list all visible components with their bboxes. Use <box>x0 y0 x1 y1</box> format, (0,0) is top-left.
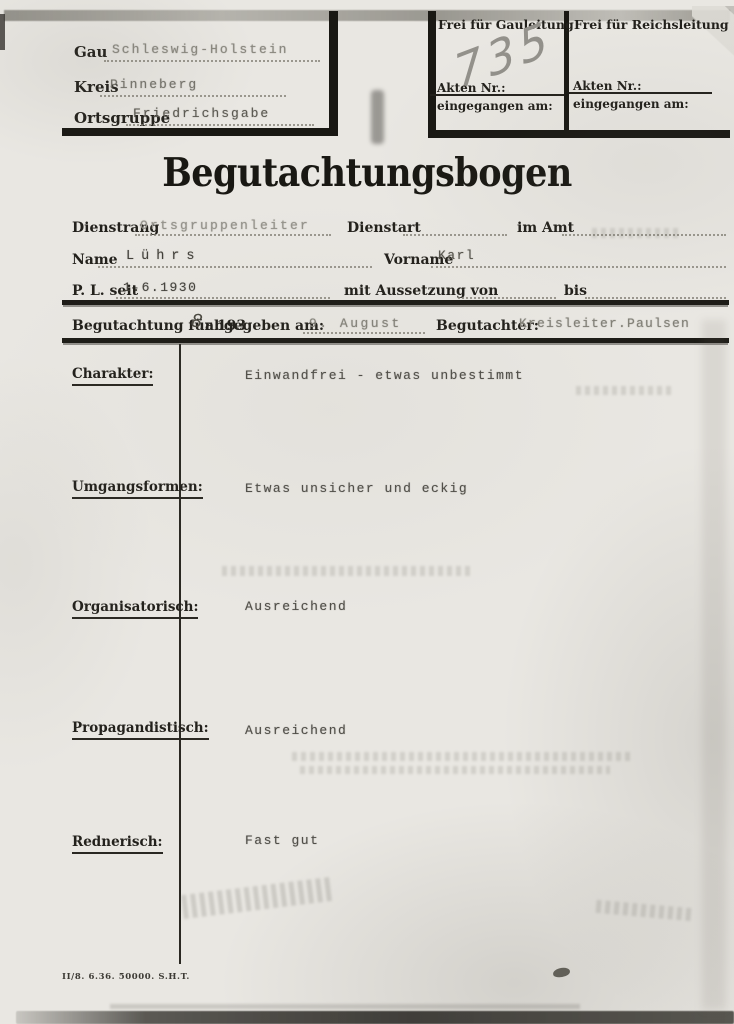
kreis-dotted-line <box>100 95 286 97</box>
dienstrang-dotted-line <box>135 234 331 236</box>
bleedthrough-scribble <box>181 877 333 919</box>
form-title: Begutachtungsbogen <box>162 150 572 196</box>
divider-rule-top <box>62 300 729 305</box>
print-code: II/8. 6.36. 50000. S.H.T. <box>62 972 190 982</box>
scan-bottom-faint-line <box>110 1004 580 1009</box>
aussetzung-dotted-line <box>458 297 556 299</box>
vorname-dotted-line <box>431 266 726 268</box>
scanned-form-page: Gau Schleswig-Holstein Kreis Pinneberg O… <box>0 0 734 1024</box>
rating-value-umgangsformen: Etwas unsicher und eckig <box>245 482 468 495</box>
ink-spot <box>552 967 570 978</box>
scan-bottom-shadow <box>16 1011 734 1024</box>
gauleitung-akten-label: Akten Nr.: <box>437 81 506 95</box>
aussetzung-label: mit Aussetzung von <box>344 284 498 298</box>
reichsleitung-box-title: Frei für Reichsleitung <box>574 17 726 32</box>
rating-label-organisatorisch: Organisatorisch: <box>72 601 198 619</box>
gau-dotted-line <box>104 60 320 62</box>
bis-label: bis <box>564 284 587 298</box>
scan-right-shade <box>702 320 726 1010</box>
ortsgruppe-value: Friedrichsgabe <box>133 107 270 120</box>
fold-shadow <box>371 90 384 144</box>
pl-seit-value: 1.6.1930 <box>123 281 197 294</box>
header-left-box-bottom-border <box>62 128 338 136</box>
gau-label: Gau <box>74 45 107 60</box>
rating-label-umgangsformen: Umgangsformen: <box>72 481 203 499</box>
ortsgruppe-dotted-line <box>126 124 314 126</box>
rating-label-charakter: Charakter: <box>72 368 153 386</box>
reichsleitung-akten-label: Akten Nr.: <box>573 79 642 93</box>
gauleitung-box-left-border <box>428 11 436 138</box>
name-value: Lührs <box>126 250 202 264</box>
gau-value: Schleswig-Holstein <box>112 43 288 56</box>
header-right-box-bottom-border <box>428 130 730 138</box>
rating-value-rednerisch: Fast gut <box>245 834 319 847</box>
im-amt-label: im Amt <box>517 221 574 235</box>
scan-edge-mark <box>0 14 5 50</box>
ratings-divider-line <box>179 344 181 964</box>
handwritten-year-digit: 8 <box>190 310 204 332</box>
rating-value-propagandistisch: Ausreichend <box>245 724 347 737</box>
reichsleitung-received-label: eingegangen am: <box>573 97 689 111</box>
divider-rule-bottom <box>62 338 729 343</box>
abgegeben-dotted-line <box>303 332 425 334</box>
dienstrang-value: Ortsgruppenleiter <box>140 219 310 232</box>
rating-value-organisatorisch: Ausreichend <box>245 600 347 613</box>
vorname-value: Karl <box>438 249 475 262</box>
rating-label-rednerisch: Rednerisch: <box>72 836 163 854</box>
abgegeben-am-label: abgegeben am: <box>205 319 324 333</box>
begutachter-value: Kreisleiter.Paulsen <box>519 317 690 330</box>
name-dotted-line <box>98 266 372 268</box>
gauleitung-received-label: eingegangen am: <box>437 99 553 113</box>
bleedthrough-smudge <box>292 752 632 761</box>
im-amt-dotted-line <box>562 234 726 236</box>
dienstart-dotted-line <box>403 234 507 236</box>
bleedthrough-smudge <box>576 386 672 395</box>
reichsleitung-akten-rule <box>569 92 712 94</box>
bleedthrough-smudge <box>222 566 472 576</box>
bis-dotted-line <box>585 297 726 299</box>
gauleitung-akten-rule <box>430 94 564 96</box>
name-label: Name <box>72 253 118 267</box>
kreis-value: Pinneberg <box>110 78 198 91</box>
rating-value-charakter: Einwandfrei - etwas unbestimmt <box>245 369 524 382</box>
pl-seit-dotted-line <box>116 297 330 299</box>
rating-label-propagandistisch: Propagandistisch: <box>72 722 209 740</box>
dienstart-label: Dienstart <box>347 221 421 235</box>
bleedthrough-smudge <box>300 766 610 774</box>
bleedthrough-smudge <box>592 228 678 238</box>
bleedthrough-smudge <box>596 900 693 921</box>
header-left-box-right-border <box>329 11 338 133</box>
abgegeben-am-value: 9. August <box>309 317 402 330</box>
